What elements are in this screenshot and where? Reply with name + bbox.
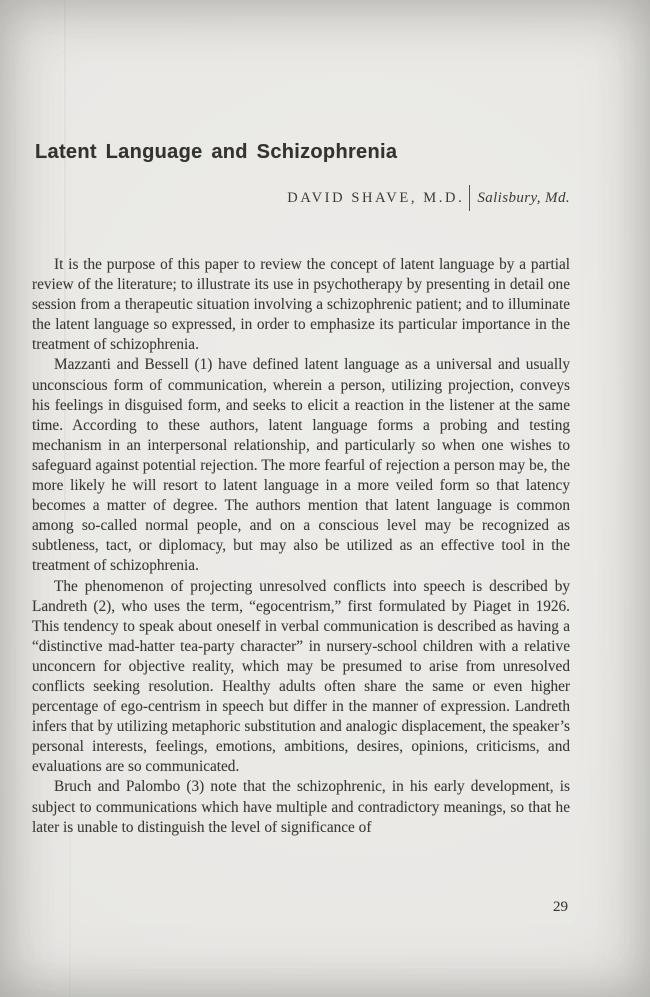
byline: DAVID SHAVE, M.D. Salisbury, Md. xyxy=(287,185,570,211)
paragraph-4: Bruch and Palombo (3) note that the schi… xyxy=(32,777,570,837)
article-body: It is the purpose of this paper to revie… xyxy=(32,255,570,838)
paragraph-3: The phenomenon of projecting unresolved … xyxy=(32,577,570,778)
byline-divider-rule xyxy=(469,185,470,211)
paragraph-1: It is the purpose of this paper to revie… xyxy=(32,255,570,355)
article-title: Latent Language and Schizophrenia xyxy=(35,141,397,164)
paragraph-2: Mazzanti and Bessell (1) have defined la… xyxy=(32,355,570,576)
author-name: DAVID SHAVE, M.D. xyxy=(287,190,464,207)
scanned-journal-page: Latent Language and Schizophrenia DAVID … xyxy=(0,0,650,997)
author-location: Salisbury, Md. xyxy=(477,190,570,207)
page-number: 29 xyxy=(553,899,568,916)
